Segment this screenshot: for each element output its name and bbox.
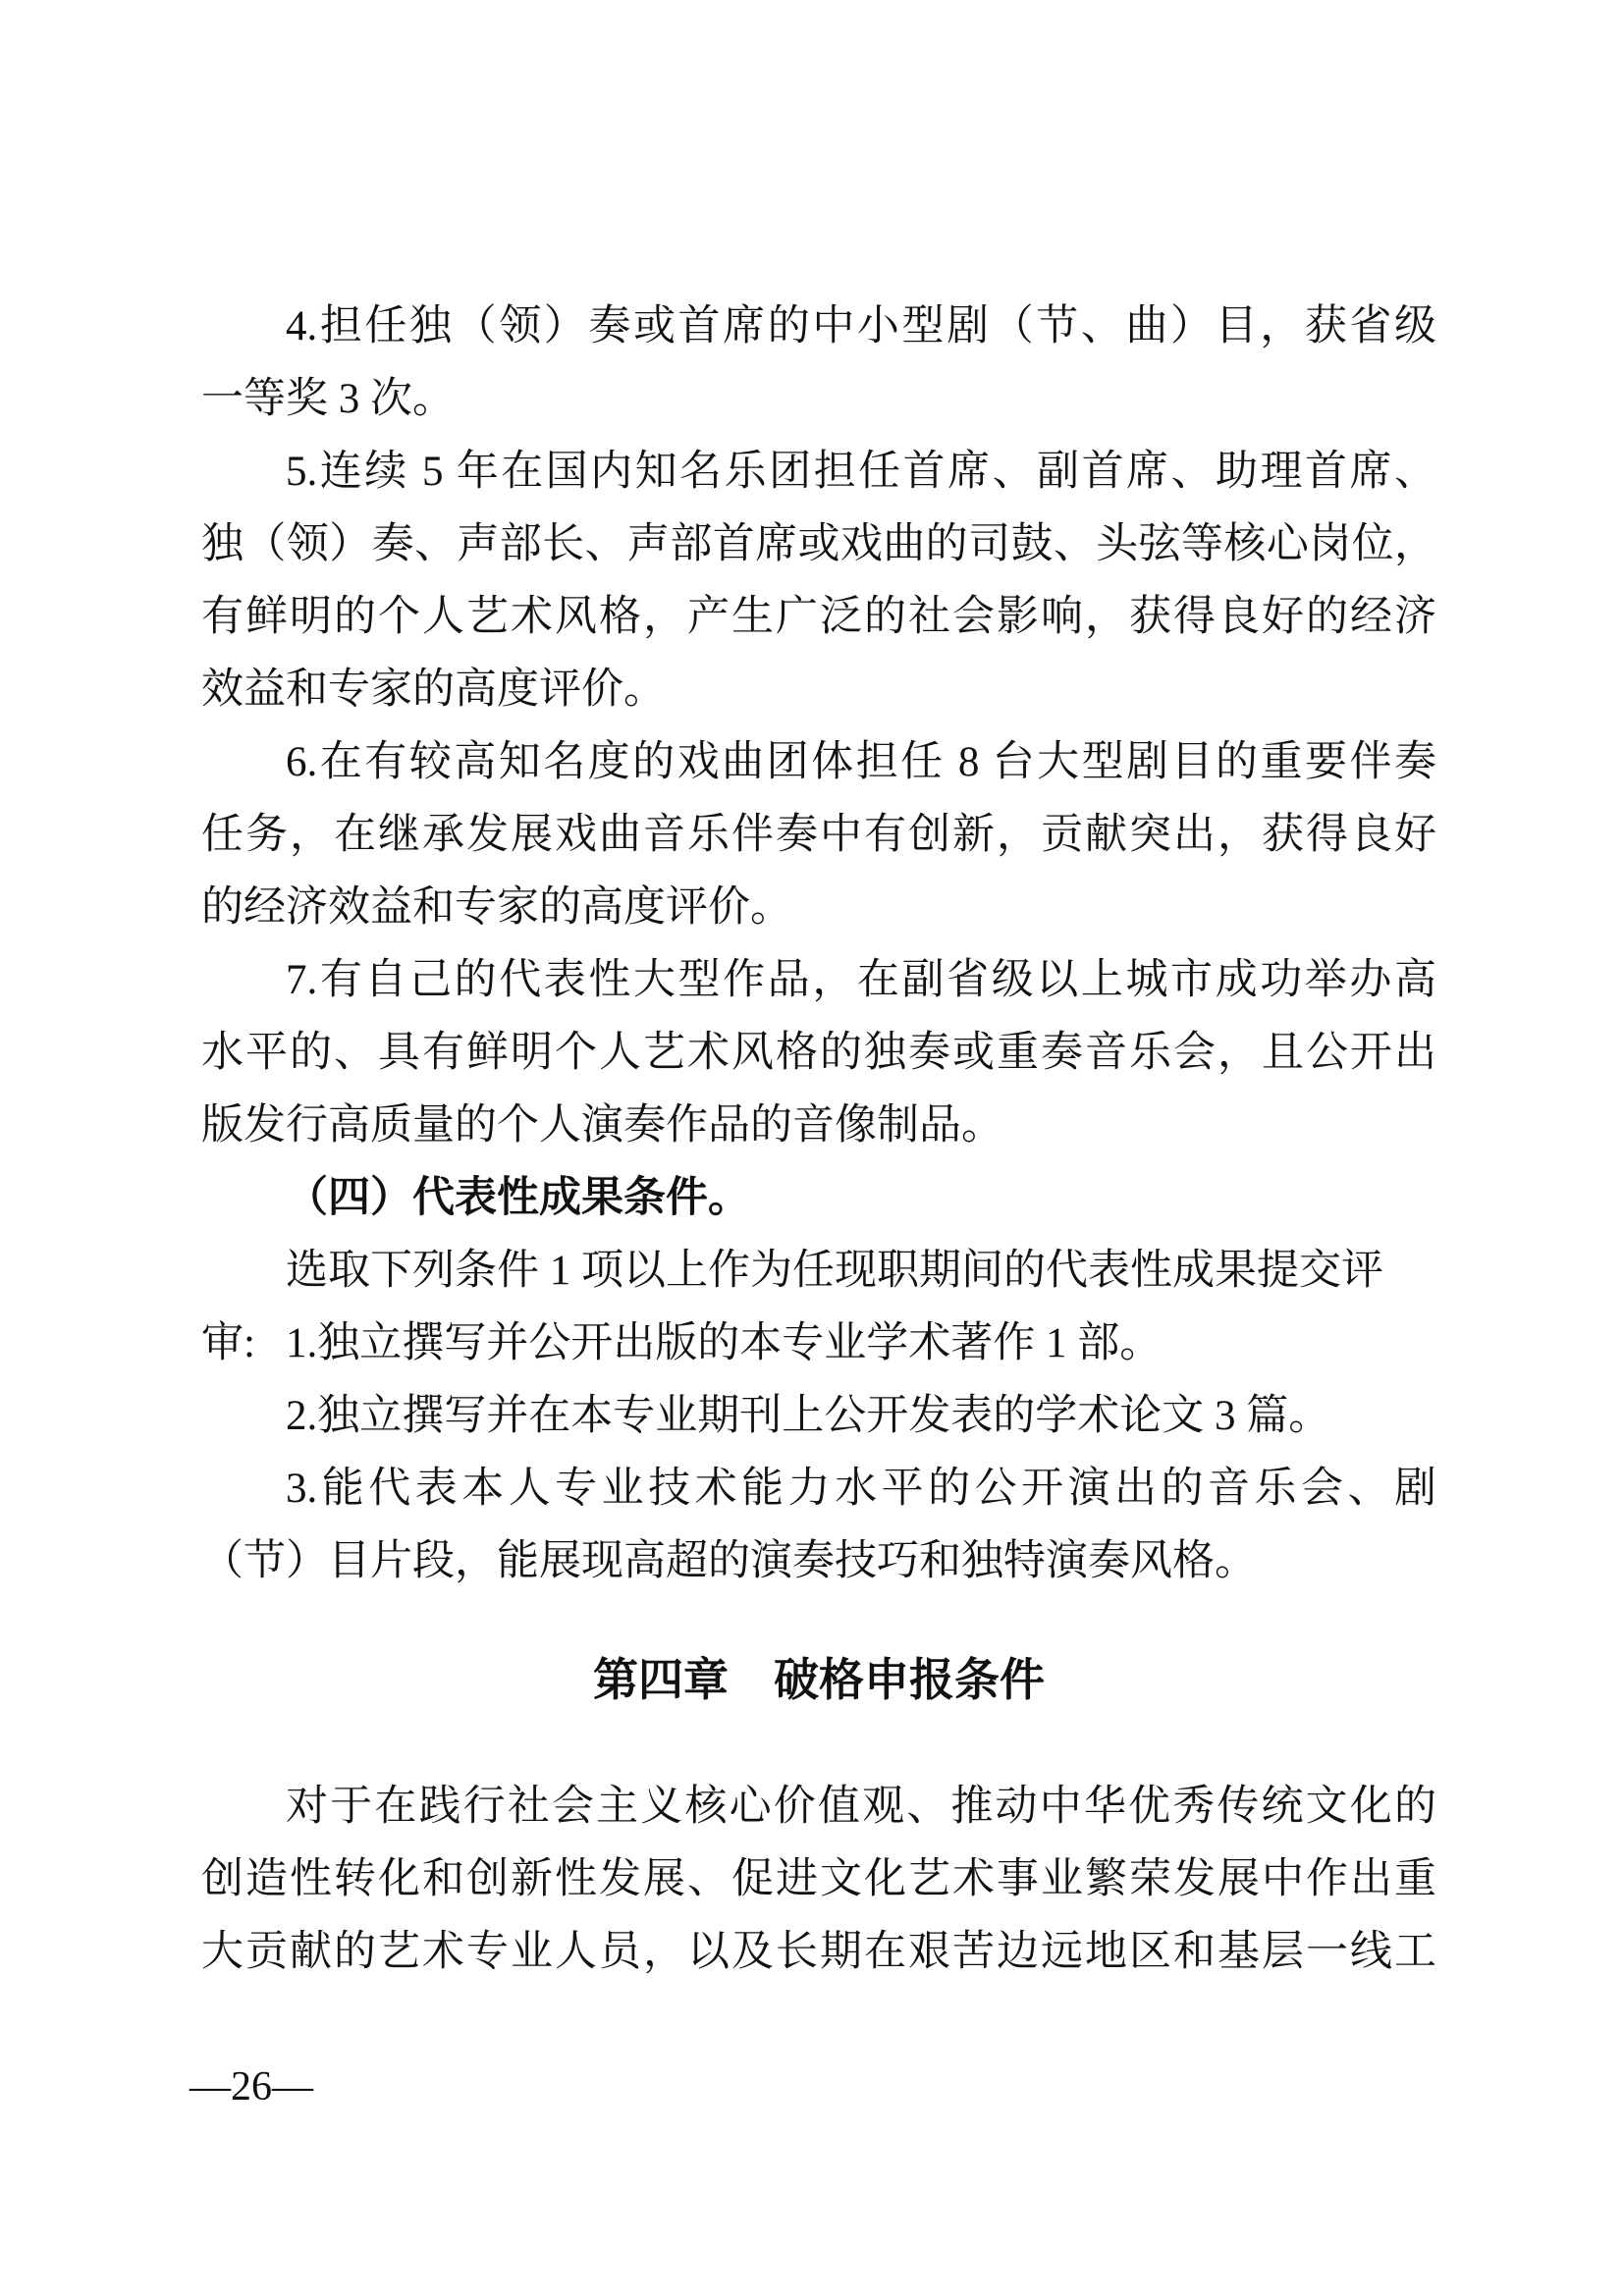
- page-number: —26—: [189, 2057, 313, 2116]
- body-line: 任务，在继承发展戏曲音乐伴奏中有创新，贡献突出，获得良好: [201, 799, 1436, 872]
- body-line: 1.独立撰写并公开出版的本专业学术著作 1 部。: [201, 1308, 1436, 1380]
- body-line: 效益和专家的高度评价。: [201, 654, 1436, 726]
- document-text-block: 4.担任独（领）奏或首席的中小型剧（节、曲）目，获省级 一等奖 3 次。 5.连…: [201, 291, 1436, 1989]
- body-line: 一等奖 3 次。: [201, 363, 1436, 436]
- body-line: 独（领）奏、声部长、声部首席或戏曲的司鼓、头弦等核心岗位，: [201, 508, 1436, 581]
- body-line: 6.在有较高知名度的戏曲团体担任 8 台大型剧目的重要伴奏: [201, 726, 1436, 799]
- body-line: 2.独立撰写并在本专业期刊上公开发表的学术论文 3 篇。: [201, 1380, 1436, 1453]
- body-line: 7.有自己的代表性大型作品，在副省级以上城市成功举办高: [201, 944, 1436, 1017]
- body-line: 对于在践行社会主义核心价值观、推动中华优秀传统文化的: [201, 1771, 1436, 1843]
- body-line: 有鲜明的个人艺术风格，产生广泛的社会影响，获得良好的经济: [201, 581, 1436, 654]
- body-line: 5.连续 5 年在国内知名乐团担任首席、副首席、助理首席、: [201, 436, 1436, 508]
- body-line: 的经济效益和专家的高度评价。: [201, 872, 1436, 944]
- section-subheading: （四）代表性成果条件。: [201, 1162, 1436, 1235]
- body-line: 大贡献的艺术专业人员，以及长期在艰苦边远地区和基层一线工: [201, 1916, 1436, 1989]
- document-page: 4.担任独（领）奏或首席的中小型剧（节、曲）目，获省级 一等奖 3 次。 5.连…: [0, 0, 1623, 2296]
- body-line: 选取下列条件 1 项以上作为任现职期间的代表性成果提交评审:: [201, 1235, 1436, 1308]
- chapter-heading: 第四章 破格申报条件: [201, 1643, 1436, 1716]
- body-line: 创造性转化和创新性发展、促进文化艺术事业繁荣发展中作出重: [201, 1843, 1436, 1916]
- body-line: 水平的、具有鲜明个人艺术风格的独奏或重奏音乐会，且公开出: [201, 1017, 1436, 1090]
- body-line: 3.能代表本人专业技术能力水平的公开演出的音乐会、剧: [201, 1453, 1436, 1525]
- body-line: （节）目片段，能展现高超的演奏技巧和独特演奏风格。: [201, 1525, 1436, 1598]
- body-line: 4.担任独（领）奏或首席的中小型剧（节、曲）目，获省级: [201, 291, 1436, 363]
- body-line: 版发行高质量的个人演奏作品的音像制品。: [201, 1090, 1436, 1162]
